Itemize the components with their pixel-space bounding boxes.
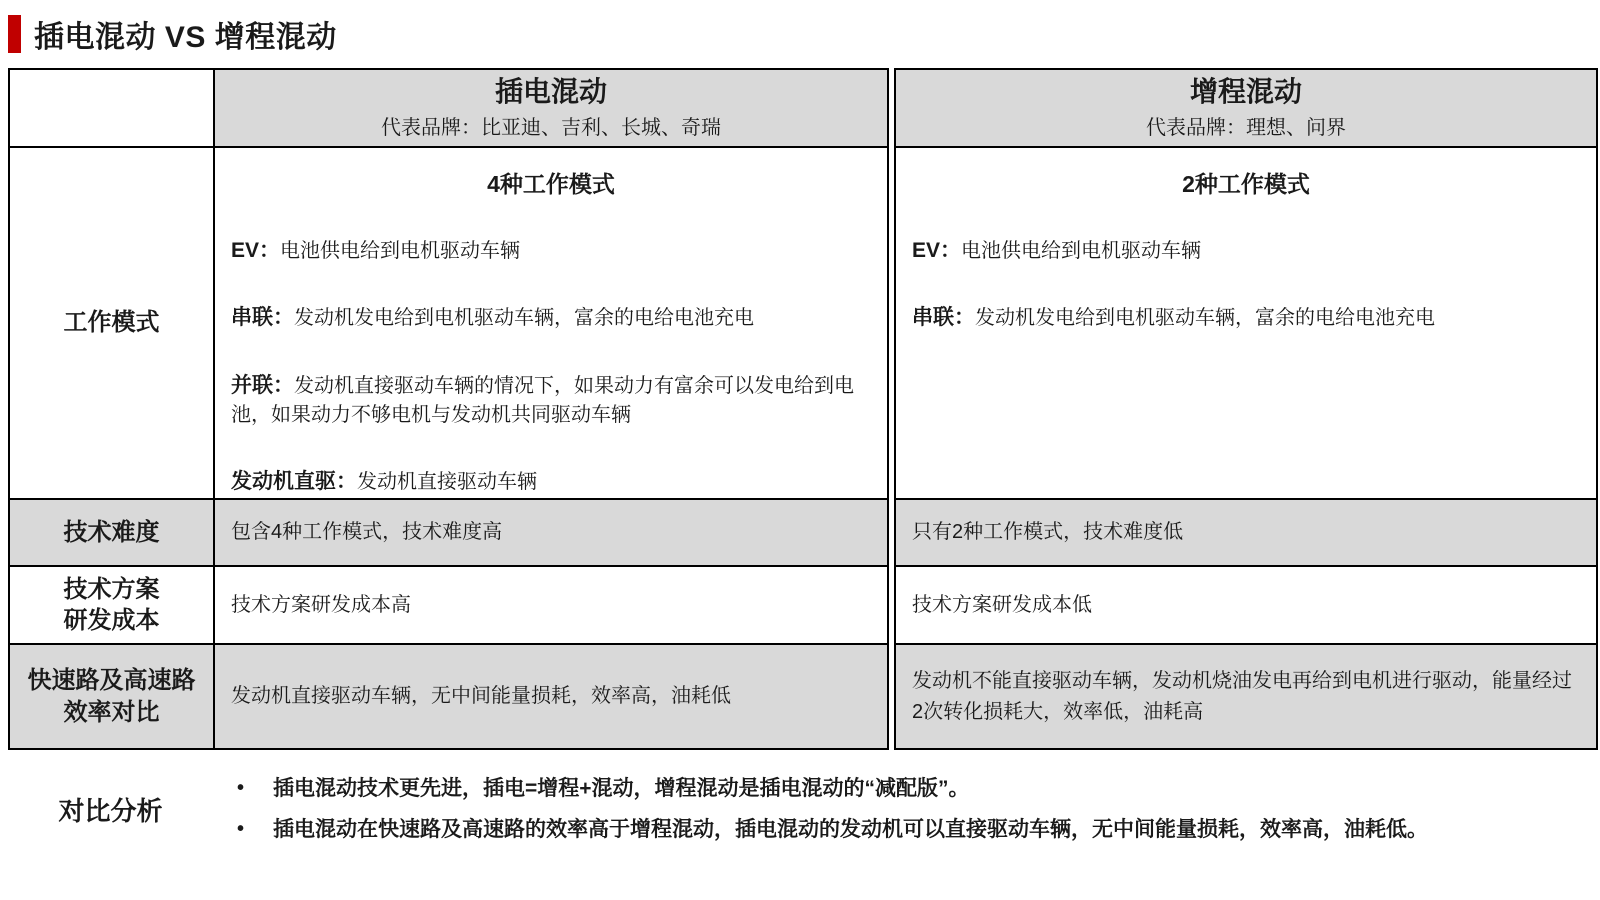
work-modes-plugin-cell: 4种工作模式 EV：电池供电给到电机驱动车辆 串联：发动机发电给到电机驱动车辆，… — [213, 146, 889, 498]
mode-desc: 发动机发电给到电机驱动车辆，富余的电给电池充电 — [975, 307, 1435, 329]
mode-item-series: 串联：发动机发电给到电机驱动车辆，富余的电给电池充电 — [912, 303, 1580, 333]
mode-item-parallel: 并联：发动机直接驱动车辆的情况下，如果动力有富余可以发电给到电池，如果动力不够电… — [231, 371, 871, 430]
mode-desc: 电池供电给到电机驱动车辆 — [280, 240, 520, 262]
cost-plugin-cell: 技术方案研发成本高 — [213, 565, 889, 643]
mode-item-series: 串联：发动机发电给到电机驱动车辆，富余的电给电池充电 — [231, 303, 871, 333]
mode-desc: 发动机直接驱动车辆 — [357, 471, 537, 493]
work-modes-range-cell: 2种工作模式 EV：电池供电给到电机驱动车辆 串联：发动机发电给到电机驱动车辆，… — [894, 146, 1598, 498]
analysis-bullets: • 插电混动技术更先进，插电=增程+混动，增程混动是插电混动的“减配版”。 • … — [231, 762, 1428, 858]
bullet-text: 插电混动技术更先进，插电=增程+混动，增程混动是插电混动的“减配版”。 — [273, 775, 970, 803]
modes-heading: 4种工作模式 — [231, 166, 871, 199]
analysis-section: 对比分析 • 插电混动技术更先进，插电=增程+混动，增程混动是插电混动的“减配版… — [8, 762, 1598, 858]
mode-term: 串联： — [912, 306, 975, 329]
mode-desc: 发动机发电给到电机驱动车辆，富余的电给电池充电 — [294, 307, 754, 329]
mode-item-direct-drive: 发动机直驱：发动机直接驱动车辆 — [231, 467, 871, 497]
bullet-text: 插电混动在快速路及高速路的效率高于增程混动，插电混动的发动机可以直接驱动车辆，无… — [273, 816, 1428, 844]
mode-term: EV： — [912, 239, 961, 262]
efficiency-range-cell: 发动机不能直接驱动车辆，发动机烧油发电再给到电机进行驱动，能量经过2次转化损耗大… — [894, 643, 1598, 750]
column-brands: 代表品牌：理想、问界 — [1146, 111, 1346, 140]
mode-item-ev: EV：电池供电给到电机驱动车辆 — [912, 236, 1580, 266]
analysis-label: 对比分析 — [8, 791, 213, 828]
column-header-range-extended: 增程混动 代表品牌：理想、问界 — [894, 68, 1598, 146]
table-corner-cell — [8, 68, 213, 146]
page-header: 插电混动 VS 增程混动 — [8, 12, 337, 56]
analysis-bullet-2: • 插电混动在快速路及高速路的效率高于增程混动，插电混动的发动机可以直接驱动车辆… — [231, 816, 1428, 844]
row-label-work-modes: 工作模式 — [8, 146, 213, 498]
modes-heading: 2种工作模式 — [912, 166, 1580, 199]
bullet-dot-icon: • — [231, 775, 273, 802]
difficulty-plugin-cell: 包含4种工作模式，技术难度高 — [213, 498, 889, 565]
mode-term: 并联： — [231, 374, 294, 397]
cost-range-cell: 技术方案研发成本低 — [894, 565, 1598, 643]
mode-desc: 电池供电给到电机驱动车辆 — [961, 240, 1201, 262]
column-header-plugin-hybrid: 插电混动 代表品牌：比亚迪、吉利、长城、奇瑞 — [213, 68, 889, 146]
slide: 插电混动 VS 增程混动 插电混动 代表品牌：比亚迪、吉利、长城、奇瑞 增程混动… — [0, 0, 1600, 900]
efficiency-plugin-cell: 发动机直接驱动车辆，无中间能量损耗，效率高，油耗低 — [213, 643, 889, 750]
mode-term: 发动机直驱： — [231, 470, 357, 493]
mode-term: EV： — [231, 239, 280, 262]
page-title: 插电混动 VS 增程混动 — [34, 12, 337, 56]
column-title: 增程混动 — [1190, 76, 1302, 108]
column-brands: 代表品牌：比亚迪、吉利、长城、奇瑞 — [381, 111, 721, 140]
mode-term: 串联： — [231, 306, 294, 329]
analysis-bullet-1: • 插电混动技术更先进，插电=增程+混动，增程混动是插电混动的“减配版”。 — [231, 775, 1428, 803]
column-title: 插电混动 — [495, 76, 607, 108]
row-label-efficiency: 快速路及高速路 效率对比 — [8, 643, 213, 750]
row-label-difficulty: 技术难度 — [8, 498, 213, 565]
difficulty-range-cell: 只有2种工作模式，技术难度低 — [894, 498, 1598, 565]
bullet-dot-icon: • — [231, 816, 273, 843]
comparison-table: 插电混动 代表品牌：比亚迪、吉利、长城、奇瑞 增程混动 代表品牌：理想、问界 工… — [8, 68, 1598, 750]
mode-item-ev: EV：电池供电给到电机驱动车辆 — [231, 236, 871, 266]
row-label-cost: 技术方案 研发成本 — [8, 565, 213, 643]
title-accent-bar — [8, 15, 21, 53]
mode-desc: 发动机直接驱动车辆的情况下，如果动力有富余可以发电给到电池，如果动力不够电机与发… — [231, 375, 854, 426]
